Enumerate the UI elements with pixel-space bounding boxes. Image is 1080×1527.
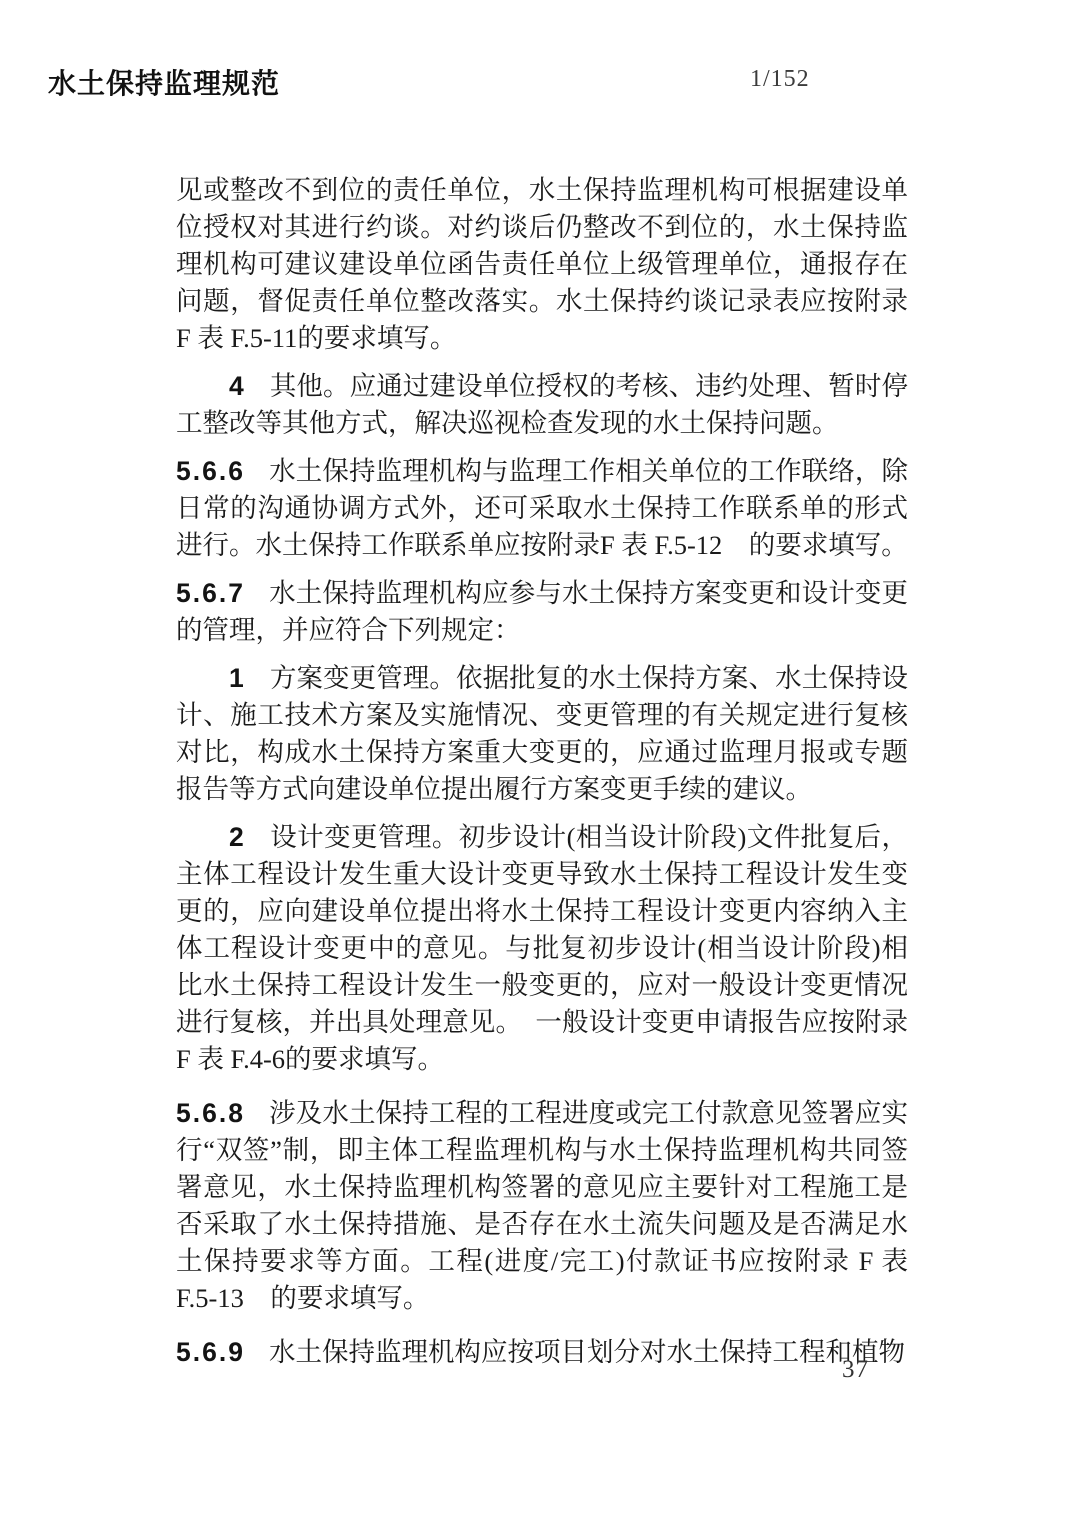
paragraph-text: 水土保持监理机构与监理工作相关单位的工作联络，除日常的沟通协调方式外，还可采取水… [176,456,908,560]
list-item-number: 4 [229,371,246,401]
list-item-4: 4其他。应通过建设单位授权的考核、违约处理、暂时停工整改等其他方式，解决巡视检查… [176,368,908,442]
clause-number: 5.6.6 [176,456,245,486]
document-title: 水土保持监理规范 [48,62,280,102]
paragraph-text: 水土保持监理机构应参与水土保持方案变更和设计变更的管理，并应符合下列规定： [176,578,908,645]
clause-5-6-6: 5.6.6水土保持监理机构与监理工作相关单位的工作联络，除日常的沟通协调方式外，… [176,453,908,564]
paragraph-text: 设计变更管理。初步设计(相当设计阶段)文件批复后，主体工程设计发生重大设计变更导… [176,822,908,1074]
paragraph-text: 见或整改不到位的责任单位，水土保持监理机构可根据建设单位授权对其进行约谈。对约谈… [176,175,908,353]
clause-5-6-9: 5.6.9水土保持监理机构应按项目划分对水土保持工程和植物 [176,1334,908,1371]
page-indicator: 1/152 [750,66,810,93]
paragraph-text: 水土保持监理机构应按项目划分对水土保持工程和植物 [269,1337,905,1367]
paragraph-continuation: 见或整改不到位的责任单位，水土保持监理机构可根据建设单位授权对其进行约谈。对约谈… [176,172,908,357]
list-item-1: 1方案变更管理。依据批复的水土保持方案、水土保持设计、施工技术方案及实施情况、变… [176,660,908,808]
clause-number: 5.6.7 [176,578,245,608]
list-item-number: 2 [229,822,246,852]
clause-5-6-8: 5.6.8涉及水土保持工程的工程进度或完工付款意见签署应实行“双签”制，即主体工… [176,1095,908,1317]
clause-5-6-7: 5.6.7水土保持监理机构应参与水土保持方案变更和设计变更的管理，并应符合下列规… [176,575,908,649]
paragraph-text: 涉及水土保持工程的工程进度或完工付款意见签署应实行“双签”制，即主体工程监理机构… [176,1098,908,1313]
paragraph-text: 其他。应通过建设单位授权的考核、违约处理、暂时停工整改等其他方式，解决巡视检查发… [176,371,908,438]
paragraph-text: 方案变更管理。依据批复的水土保持方案、水土保持设计、施工技术方案及实施情况、变更… [176,663,908,804]
clause-number: 5.6.9 [176,1337,245,1367]
list-item-2: 2设计变更管理。初步设计(相当设计阶段)文件批复后，主体工程设计发生重大设计变更… [176,819,908,1078]
clause-number: 5.6.8 [176,1098,245,1128]
document-body: 见或整改不到位的责任单位，水土保持监理机构可根据建设单位授权对其进行约谈。对约谈… [176,172,908,1371]
document-page: 水土保持监理规范 1/152 见或整改不到位的责任单位，水土保持监理机构可根据建… [0,0,1080,1527]
page-number: 37 [842,1356,869,1384]
list-item-number: 1 [229,663,246,693]
